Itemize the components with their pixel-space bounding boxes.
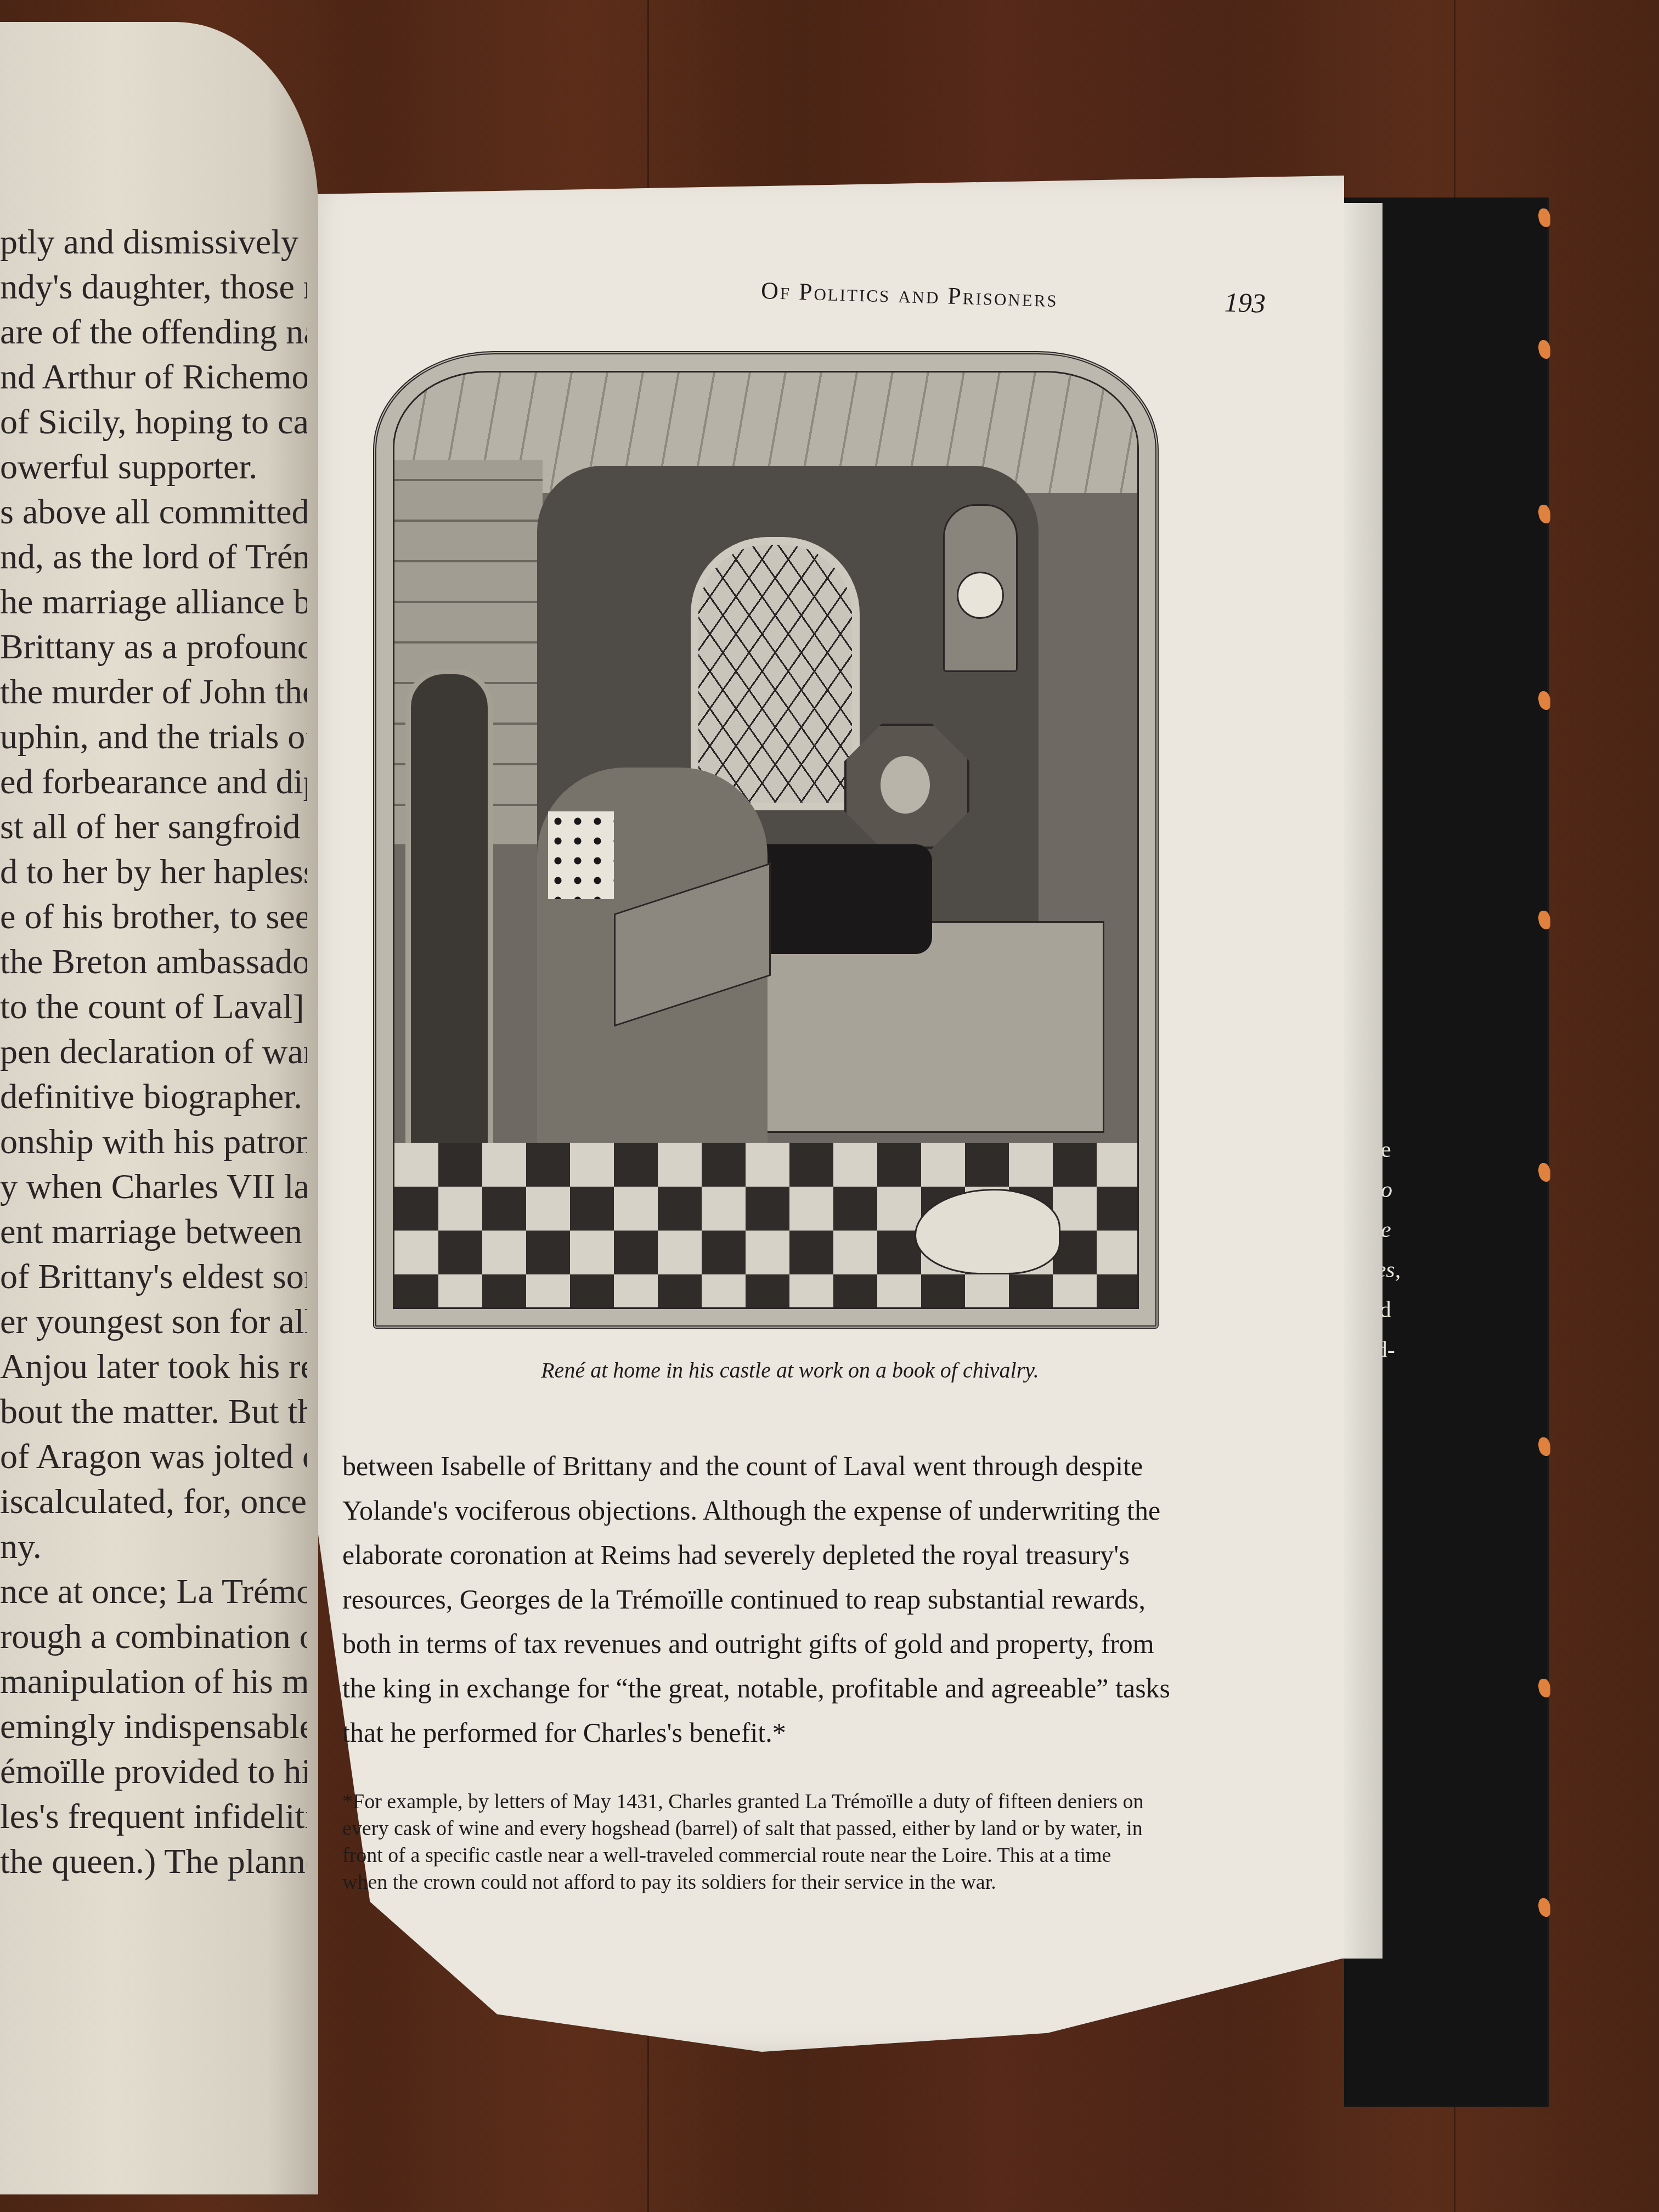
left-line: ndy's daughter, those many years [0,264,307,309]
arched-door [405,669,493,1152]
cover-ornament-icon [1538,1437,1550,1456]
leaded-window [691,537,860,810]
cover-ornament-icon [1538,1898,1550,1917]
mirror-glass [881,756,930,814]
left-line: d to her by her hapless protégé [0,849,307,894]
left-line: definitive biographer. Although [0,1074,307,1119]
left-line: émoïlle provided to his sovereign [0,1749,307,1794]
left-line: iscalculated, for, once roused, she [0,1479,307,1524]
cover-ornament-icon [1538,691,1550,710]
left-line: uphin, and the trials of a decade [0,714,307,759]
body-line: both in terms of tax revenues and outrig… [342,1622,1220,1666]
body-line: Yolande's vociferous objections. Althoug… [342,1488,1220,1533]
left-line: ptly and dismissively returned [0,219,307,264]
body-line: that he performed for Charles's benefit.… [342,1711,1220,1755]
left-line: ny. [0,1524,307,1569]
left-line: y when Charles VII later appeased [0,1164,307,1209]
footnote-line: when the crown could not afford to pay i… [342,1869,1220,1896]
left-line: s above all committed to the well- [0,489,307,534]
footnote-line: every cask of wine and every hogshead (b… [342,1815,1220,1842]
left-line: the Breton ambassadors, to obtain [0,939,307,984]
left-page-text: ptly and dismissively returned ndy's dau… [0,219,307,1884]
body-line: resources, Georges de la Trémoïlle conti… [342,1577,1220,1622]
left-line: of Sicily, hoping to cause a rupture [0,399,307,444]
page-number: 193 [1224,286,1266,319]
left-line: are of the offending nature of this [0,309,307,354]
cover-ornament-icon [1538,208,1550,227]
illustration-frame [393,371,1139,1309]
left-line: er youngest son for allowing him- [0,1299,307,1344]
left-line: of Brittany's eldest son. She must [0,1254,307,1299]
left-line: he marriage alliance between her [0,579,307,624]
left-line: Anjou later took his revenge in a [0,1344,307,1389]
illustration [373,351,1159,1329]
illustration-caption: René at home in his castle at work on a … [488,1357,1092,1383]
left-line: e of his brother, to see Yolande [0,894,307,939]
left-line: bout the matter. But the principal [0,1389,307,1434]
left-line: ed forbearance and diplomacy in [0,759,307,804]
body-line: the king in exchange for “the great, not… [342,1666,1220,1711]
left-line: manipulation of his many weak- [0,1659,307,1704]
left-line: the queen.) The planned marriage [0,1839,307,1884]
left-line: Brittany as a profound insult. The [0,624,307,669]
left-line: onship with his patron, the queen [0,1119,307,1164]
body-paragraph: between Isabelle of Brittany and the cou… [342,1444,1220,1755]
cover-ornament-icon [1538,505,1550,523]
cover-ornament-icon [1538,340,1550,359]
left-line: of Aragon was jolted out of retire- [0,1434,307,1479]
left-line: ent marriage between her second [0,1209,307,1254]
footnote-line: *For example, by letters of May 1431, Ch… [342,1788,1220,1815]
left-line: les's frequent infidelities. As might [0,1794,307,1839]
left-line: st all of her sangfroid and self- [0,804,307,849]
left-line: to the count of Laval] she became [0,984,307,1029]
left-line: nce at once; La Trémoïlle's power [0,1569,307,1614]
left-line: pen declaration of war," reported [0,1029,307,1074]
ermine-mantle [548,811,614,899]
left-line: emingly indispensable to the king, [0,1704,307,1749]
left-line: nd, as the lord of Trémoïlle had [0,534,307,579]
cover-ornament-icon [1538,1679,1550,1697]
left-line: the murder of John the Fearless, [0,669,307,714]
left-line: owerful supporter. [0,444,307,489]
footnote: *For example, by letters of May 1431, Ch… [342,1788,1220,1896]
cover-ornament-icon [1538,1163,1550,1182]
left-line: rough a combination of excessive [0,1614,307,1659]
left-line: nd Arthur of Richemont himself [0,354,307,399]
wall-clock-icon [943,504,1018,672]
clock-face [957,572,1004,619]
body-line: between Isabelle of Brittany and the cou… [342,1444,1220,1488]
body-line: elaborate coronation at Reims had severe… [342,1533,1220,1577]
cover-ornament-icon [1538,911,1550,929]
footnote-line: front of a specific castle near a well-t… [342,1842,1220,1869]
